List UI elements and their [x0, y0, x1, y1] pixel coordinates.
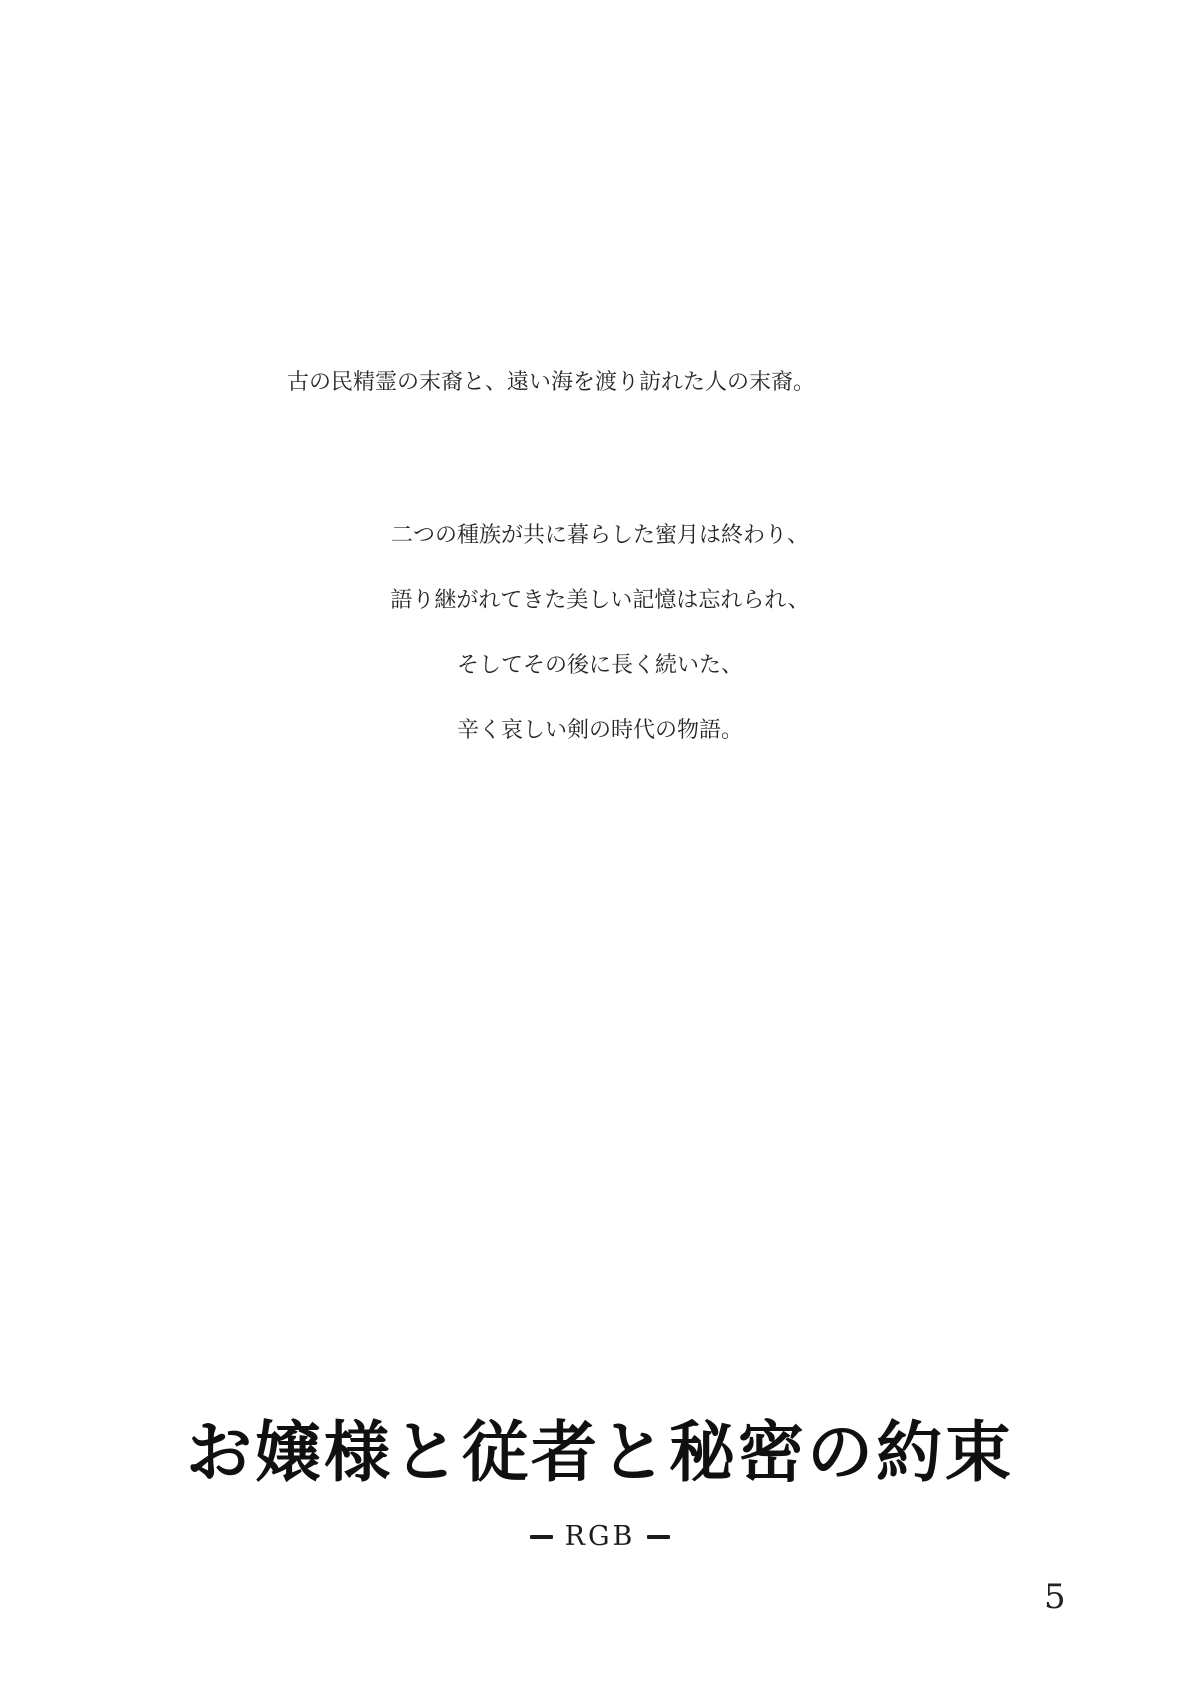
- verse-line: 語り継がれてきた美しい記憶は忘れられ、: [0, 568, 1200, 633]
- subtitle-dash-right-icon: [647, 1535, 670, 1539]
- book-title: お嬢様と従者と秘密の約束: [0, 1414, 1200, 1492]
- opening-line: 古の民精霊の末裔と、遠い海を渡り訪れた人の末裔。: [0, 368, 1151, 399]
- subtitle-label: RGB: [565, 1523, 636, 1550]
- verse-line: そしてその後に長く続いた、: [0, 633, 1200, 698]
- verse-line: 二つの種族が共に暮らした蜜月は終わり、: [0, 503, 1200, 568]
- verse-line: 辛く哀しい剣の時代の物語。: [0, 698, 1200, 763]
- page-number: 5: [1044, 1580, 1066, 1614]
- subtitle: RGB: [0, 1521, 1200, 1553]
- subtitle-dash-left-icon: [530, 1535, 553, 1539]
- verse-block: 二つの種族が共に暮らした蜜月は終わり、 語り継がれてきた美しい記憶は忘れられ、 …: [0, 503, 1200, 763]
- book-page: 古の民精霊の末裔と、遠い海を渡り訪れた人の末裔。 二つの種族が共に暮らした蜜月は…: [0, 0, 1200, 1703]
